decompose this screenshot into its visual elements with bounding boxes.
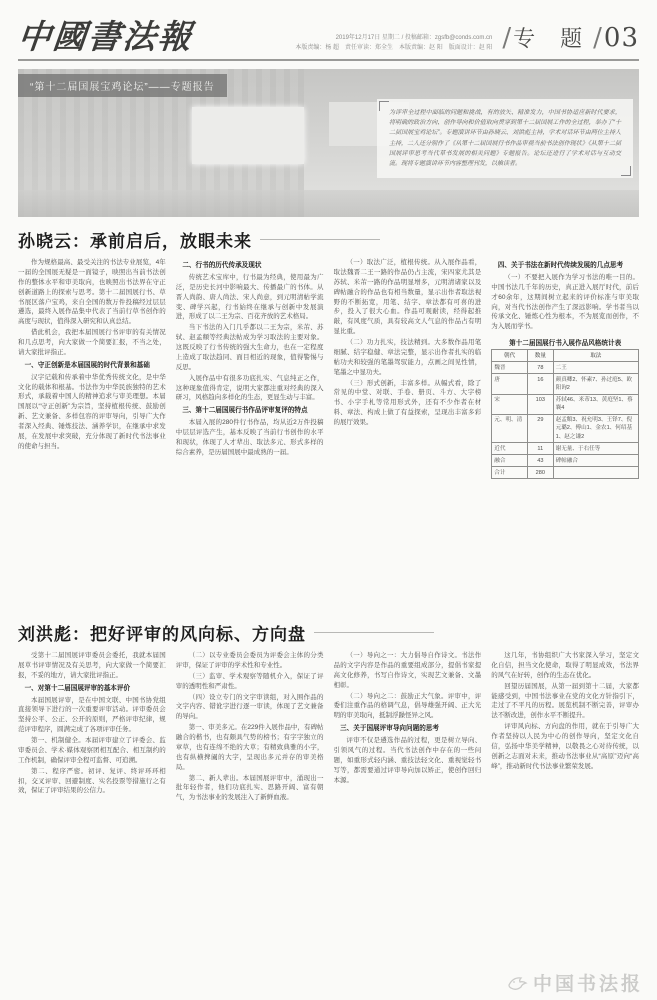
forum-photo: “第十二届国展宝鸡论坛”——专题报告 为评审全过程中面临的问题和挑战，有的放矢、…: [18, 69, 639, 217]
body-paragraph: （三）监审、学术观察等随机介入，保证了评审的透明性和严肃性。: [176, 672, 324, 692]
article-sun-xiaoyun: 孙晓云：承前启后，放眼未来 作为规格最高、最受关注的书法专业展览，4年一届的全国…: [18, 227, 639, 610]
body-paragraph: 第一、机制健全。本届评审建立了评委会、监审委员会、学术·媒体观察团相互配合、相互…: [18, 736, 166, 766]
table-cell: 16: [528, 374, 554, 394]
forum-intro-text: 为评审全过程中面临的问题和挑战，有的放矢、精准发力，中国书协适应新时代要求，将明…: [389, 110, 621, 167]
section-subhead: 四、关于书法在新时代传续发展的几点思考: [491, 261, 639, 271]
table-cell: 11: [528, 443, 554, 455]
table-row: 合计280: [492, 467, 639, 479]
table-row: 唐16颜真卿2、怀素7、孙过庭5、欧阳询2: [492, 374, 639, 394]
table-header-cell: 朝代: [492, 350, 528, 362]
body-paragraph: 评审风向标、方向盘的作用，就在于引导广大作者坚持以人民为中心的创作导向，坚定文化…: [491, 722, 639, 771]
table-cell: 魏晋: [492, 362, 528, 374]
article2-columns: 受第十二届国展评审委员会委托，我就本届国展草书评审情况及有关思考，向大家做一个简…: [18, 651, 639, 981]
text-column: （二）以专业委员会委员为评委会主体的分类评审，保证了评审的学术性和专业性。（三）…: [176, 651, 324, 981]
newspaper-page: 中國書法報 2019年12月17日 星期二 / 投稿邮箱：zgsfb@conds…: [0, 0, 657, 1000]
body-paragraph: 第二、程序严密。初评、复评、终评环环相扣，交叉评审、回避制度、实名投票等措施行之…: [18, 767, 166, 797]
forum-intro-panel: 为评审全过程中面临的问题和挑战，有的放矢、精准发力，中国书协适应新时代要求，将明…: [377, 99, 633, 178]
body-paragraph: （三）形式创新，丰富多样。从幅式看，除了常见的中堂、对联、手卷、册页、斗方、大字…: [334, 379, 482, 428]
section-subhead: 二、行书的历代传承及现状: [176, 261, 324, 271]
body-paragraph: 第一、审美多元。在229件入展作品中，有碑帖融合的楷书，也有颇具气势的榜书；有字…: [176, 723, 324, 772]
body-paragraph: 受第十二届国展评审委员会委托，我就本届国展草书评审情况及有关思考，向大家做一个简…: [18, 651, 166, 681]
table-cell: 近代: [492, 443, 528, 455]
table-header-cell: 数量: [528, 350, 554, 362]
section-subhead: 一、对第十二届国展评审的基本评价: [18, 684, 166, 694]
table-row: 元、明、清29赵孟頫3、祝允明3、王铎7、倪元璐2、傅山1、金农1、何绍基1、赵…: [492, 414, 639, 442]
date-line: 2019年12月17日 星期二 / 投稿邮箱：zgsfb@conds.com.c…: [295, 33, 492, 43]
body-paragraph: 汉字记载和传承着中华优秀传统文化，是中华文化的载体和根基。书法作为中华民族独特的…: [18, 373, 166, 452]
article1-headline: 孙晓云：承前启后，放眼未来: [18, 227, 252, 252]
table-cell: 29: [528, 414, 554, 442]
staff-line: 本版责编：杨 超 责任审读：郑全生 本版责编：赵 阳 版面设计：赵 阳: [295, 43, 492, 53]
body-paragraph: 作为规格最高、最受关注的书法专业展览，4年一届的全国展无疑是一面镜子，映照出当前…: [18, 258, 166, 327]
table-row: 近代11谢无量、于右任等: [492, 443, 639, 455]
table-cell: 合计: [492, 467, 528, 479]
table-row: 魏晋78二王: [492, 362, 639, 374]
body-paragraph: 第二、新人辈出。本届国展评审中，涌现出一批年轻作者，他们功底扎实、思路开阔、富有…: [176, 774, 324, 804]
section-subhead: 三、关于国展评审导向问题的思考: [334, 724, 482, 734]
table-cell: 苏轼46、米芾13、黄庭坚1、蔡襄4: [553, 394, 638, 414]
slash-divider: /: [593, 23, 602, 53]
photo-audience-area: [18, 190, 639, 217]
page-header: 中國書法報 2019年12月17日 星期二 / 投稿邮箱：zgsfb@conds…: [18, 20, 639, 61]
table-cell: 二王: [553, 362, 638, 374]
body-paragraph: （四）设立专门的文字审读组，对入围作品的文字内容、错讹字进行逐一审读，体现了艺文…: [176, 693, 324, 723]
text-column: 这几年，书协组织广大书家深入学习，坚定文化自信，担当文化使命，取得了明显成效，书…: [491, 651, 639, 981]
table-row: 宋103苏轼46、米芾13、黄庭坚1、蔡襄4: [492, 394, 639, 414]
body-paragraph: 入展作品中有很多功底扎实、气息纯正之作，这种现象值得肯定，说明大家都注重对经典的…: [176, 374, 324, 404]
table-cell: 78: [528, 362, 554, 374]
table-row: 融合43碑帖融合: [492, 455, 639, 467]
header-info: 2019年12月17日 星期二 / 投稿邮箱：zgsfb@conds.com.c…: [295, 33, 492, 53]
page-number: 03: [604, 23, 639, 53]
table-cell: 宋: [492, 394, 528, 414]
body-paragraph: 本届国展评审，是在中国文联、中国书协党组直接领导下进行的一次重要评审活动。评审委…: [18, 696, 166, 736]
body-paragraph: 回望历届国展，从第一届到第十二届，大家都能感受到，中国书法事业在党的文化方针指引…: [491, 682, 639, 722]
slash-divider: /: [502, 23, 511, 53]
table-title: 第十二届国展行书入展作品风格统计表: [491, 337, 639, 347]
body-paragraph: （二）导向之二：鼓励正大气象。评审中，评委们注重作品的格调气息，倡导雄强开阔、正…: [334, 692, 482, 722]
section-label: 专 题: [513, 22, 591, 53]
brand-watermark: 中国书法报: [505, 969, 643, 996]
table-cell: 43: [528, 455, 554, 467]
style-statistics-table: 第十二届国展行书入展作品风格统计表朝代数量取法魏晋78二王唐16颜真卿2、怀素7…: [491, 337, 639, 479]
table-cell: 颜真卿2、怀素7、孙过庭5、欧阳询2: [553, 374, 638, 394]
brand-bird-icon: [505, 971, 529, 995]
text-column: （一）导向之一：大力倡导自作诗文。书法作品的文字内容是作品的重要组成部分，提倡书…: [334, 651, 482, 981]
article-liu-hongbiao: 刘洪彪：把好评审的风向标、方向盘 受第十二届国展评审委员会委托，我就本届国展草书…: [18, 620, 639, 981]
table-cell: [553, 467, 638, 479]
brand-watermark-text: 中国书法报: [533, 969, 643, 996]
text-column: （一）取法广泛，植根传统。从入展作品看，取法魏晋二王一路的作品仍占主流，宋四家尤…: [334, 258, 482, 610]
body-paragraph: 这几年，书协组织广大书家深入学习，坚定文化自信，担当文化使命，取得了明显成效，书…: [491, 651, 639, 681]
body-paragraph: （一）取法广泛，植根传统。从入展作品看，取法魏晋二王一路的作品仍占主流，宋四家尤…: [334, 258, 482, 337]
photo-projection-screen: [192, 107, 304, 163]
text-column: 二、行书的历代传承及现状传统艺术宝库中，行书最为经典，使用最为广泛，是历史长河中…: [176, 258, 324, 610]
body-paragraph: （二）以专业委员会委员为评委会主体的分类评审，保证了评审的学术性和专业性。: [176, 651, 324, 671]
headline-rule: [260, 239, 380, 240]
table-cell: 唐: [492, 374, 528, 394]
text-column: 作为规格最高、最受关注的书法专业展览，4年一届的全国展无疑是一面镜子，映照出当前…: [18, 258, 166, 610]
section-subhead: 一、守正创新是本届国展的时代背景和基础: [18, 361, 166, 371]
body-paragraph: 本届入展的280件行书作品，均从近2万件投稿中层层评选产生，基本反映了当前行书创…: [176, 418, 324, 458]
article1-columns: 作为规格最高、最受关注的书法专业展览，4年一届的全国展无疑是一面镜子，映照出当前…: [18, 258, 639, 610]
body-paragraph: （一）导向之一：大力倡导自作诗文。书法作品的文字内容是作品的重要组成部分，提倡书…: [334, 651, 482, 691]
body-paragraph: 评审不仅是遴选作品的过程，更是树立导向、引领风气的过程。当代书法创作中存在的一些…: [334, 736, 482, 785]
table-cell: 碑帖融合: [553, 455, 638, 467]
table-cell: 103: [528, 394, 554, 414]
section-block: / 专 题 / 03: [500, 22, 639, 53]
body-paragraph: 借此机会，我把本届国展行书评审的有关情况和几点思考，向大家做一个简要汇报，不当之…: [18, 328, 166, 358]
table-header-row: 朝代数量取法: [492, 350, 639, 362]
table-header-cell: 取法: [553, 350, 638, 362]
table-cell: 谢无量、于右任等: [553, 443, 638, 455]
body-paragraph: 当下书法的入门几乎都以二王为宗，米芾、苏轼、赵孟頫等经典法帖成为学习取法的主要对…: [176, 323, 324, 372]
text-column: 受第十二届国展评审委员会委托，我就本届国展草书评审情况及有关思考，向大家做一个简…: [18, 651, 166, 981]
table-cell: 280: [528, 467, 554, 479]
body-paragraph: 传统艺术宝库中，行书最为经典，使用最为广泛，是历史长河中影响最大、传播最广的书体…: [176, 273, 324, 322]
table-cell: 赵孟頫3、祝允明3、王铎7、倪元璐2、傅山1、金农1、何绍基1、赵之谦2: [553, 414, 638, 442]
corner-bracket-icon: [621, 166, 631, 176]
headline-rule: [314, 632, 434, 633]
masthead-logo: 中國書法報: [16, 20, 194, 53]
table-cell: 元、明、清: [492, 414, 528, 442]
body-paragraph: （一）不要把入展作为学习书法的唯一目的。中国书法几千年的历史，真正进入展厅时代，…: [491, 273, 639, 332]
body-paragraph: （二）功力扎实，技法精到。大多数作品用笔细腻、结字稳健、章法完整，显示出作者扎实…: [334, 338, 482, 378]
corner-bracket-icon: [379, 101, 389, 111]
article2-headline: 刘洪彪：把好评审的风向标、方向盘: [18, 620, 306, 645]
section-subhead: 三、第十二届国展行书作品评审复评的特点: [176, 406, 324, 416]
text-column: 四、关于书法在新时代传续发展的几点思考（一）不要把入展作为学习书法的唯一目的。中…: [491, 258, 639, 610]
table-cell: 融合: [492, 455, 528, 467]
banner-badge: “第十二届国展宝鸡论坛”——专题报告: [18, 74, 227, 97]
